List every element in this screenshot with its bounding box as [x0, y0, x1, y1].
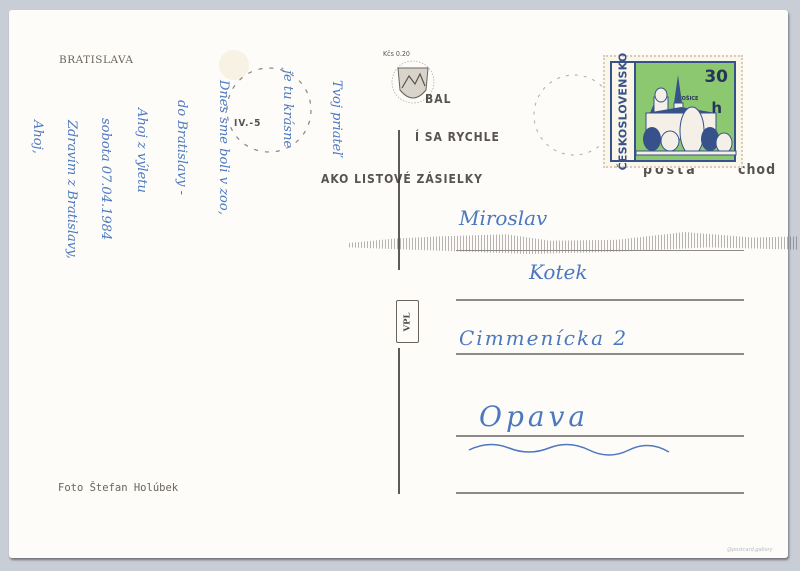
address-line [456, 250, 744, 251]
address-line [456, 353, 744, 355]
message-line: Ahoj, [30, 120, 45, 154]
printed-title: BRATISLAVA [59, 54, 133, 66]
watermark: @postcard.gallery [727, 547, 773, 553]
message-line: Zdravím z Bratislavy, [64, 120, 79, 259]
slogan-line-3: AKO LISTOVÉ ZÁSIELKY [321, 172, 483, 186]
underline-squiggle-icon [464, 440, 684, 460]
address-line [456, 435, 744, 437]
castle-illustration-icon [636, 73, 736, 161]
slogan-line-2: Í SA RYCHLE [415, 130, 500, 144]
photo-credit: Foto Štefan Holúbek [58, 482, 178, 494]
postage-stamp: ČESKOSLOVENSKO 30 h KOŠICE [603, 55, 743, 168]
message-line: Ahoj z výletu [134, 108, 149, 193]
message-line: do Bratislavy - [174, 100, 189, 195]
address-name: Miroslav [459, 206, 547, 230]
address-street: Cimmenícka 2 [459, 326, 628, 350]
postmark-fragment: chod [738, 162, 776, 178]
postcard-back: BRATISLAVA Foto Štefan Holúbek Ahoj, Zdr… [9, 10, 788, 558]
slogan-line-1: BAL [425, 92, 451, 106]
address-city: Opava [479, 400, 589, 433]
message-line: Tvoj priateľ [329, 80, 344, 157]
address-line [456, 492, 744, 494]
center-divider-bottom [398, 348, 400, 494]
address-line [456, 299, 744, 301]
publisher-mark: VPL [396, 300, 419, 343]
stamp-country: ČESKOSLOVENSKO [617, 53, 630, 171]
message-line: sobota 07.04.1984 [98, 118, 113, 240]
surcharge-label: Kčs 0.20 [383, 50, 410, 58]
address-surname: Kotek [529, 260, 587, 284]
postmark-ring-icon [224, 60, 314, 160]
